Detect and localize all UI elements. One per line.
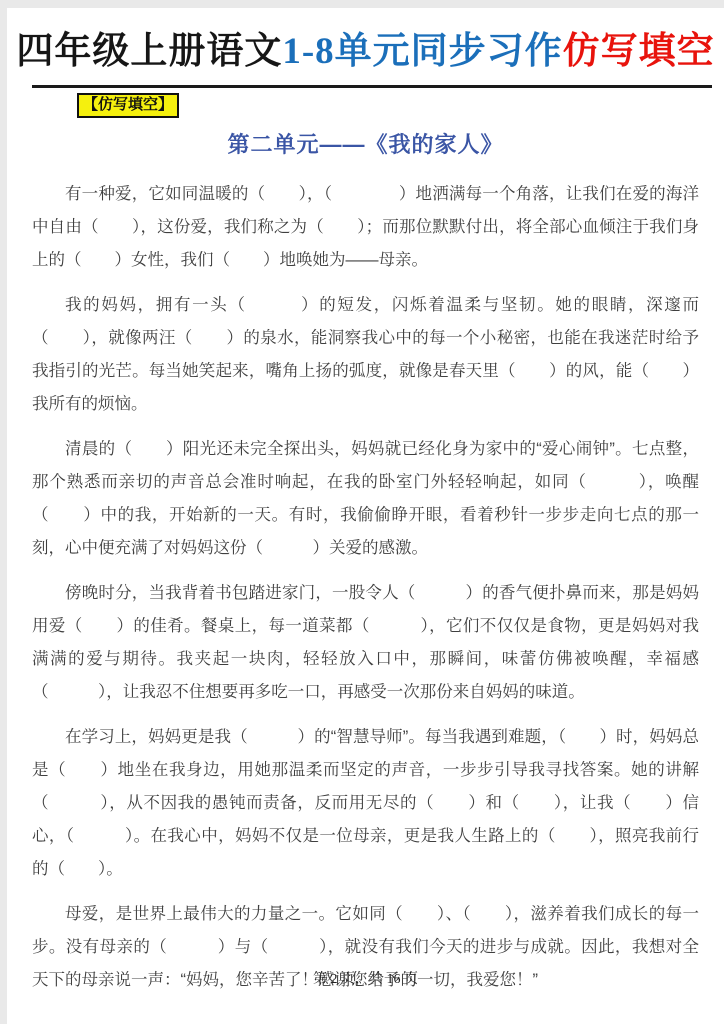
section-heading: 第二单元——《我的家人》	[7, 128, 724, 159]
document-body: 有一种爱，它如同温暖的（ ），（ ）地洒满每一个角落，让我们在爱的海洋中自由（ …	[7, 159, 724, 997]
fill-in-blank-tag: 【仿写填空】	[77, 93, 179, 118]
document-title: 四年级上册语文1-8单元同步习作仿写填空	[7, 20, 724, 74]
title-divider	[32, 85, 712, 88]
paragraph-3: 清晨的（ ）阳光还未完全探出头，妈妈就已经化身为家中的“爱心闹钟”。七点整，那个…	[32, 433, 699, 565]
title-part-red: 仿写填空	[563, 31, 715, 72]
paragraph-4: 傍晚时分，当我背着书包踏进家门，一股令人（ ）的香气便扑鼻而来，那是妈妈用爱（ …	[32, 577, 699, 709]
paragraph-5: 在学习上，妈妈更是我（ ）的“智慧导师”。每当我遇到难题，（ ）时，妈妈总是（ …	[32, 721, 699, 886]
title-part-black: 四年级上册语文	[16, 31, 282, 72]
title-part-blue: 1-8单元同步习作	[282, 31, 562, 72]
paragraph-1: 有一种爱，它如同温暖的（ ），（ ）地洒满每一个角落，让我们在爱的海洋中自由（ …	[32, 178, 699, 277]
paragraph-2: 我的妈妈，拥有一头（ ）的短发，闪烁着温柔与坚韧。她的眼睛，深邃而（ ），就像两…	[32, 289, 699, 421]
document-page: 四年级上册语文1-8单元同步习作仿写填空 【仿写填空】 第二单元——《我的家人》…	[7, 8, 724, 1024]
page-number-footer: 第 2 页，共 16 页	[7, 968, 724, 988]
screenshot-canvas: 四年级上册语文1-8单元同步习作仿写填空 【仿写填空】 第二单元——《我的家人》…	[0, 0, 724, 1024]
